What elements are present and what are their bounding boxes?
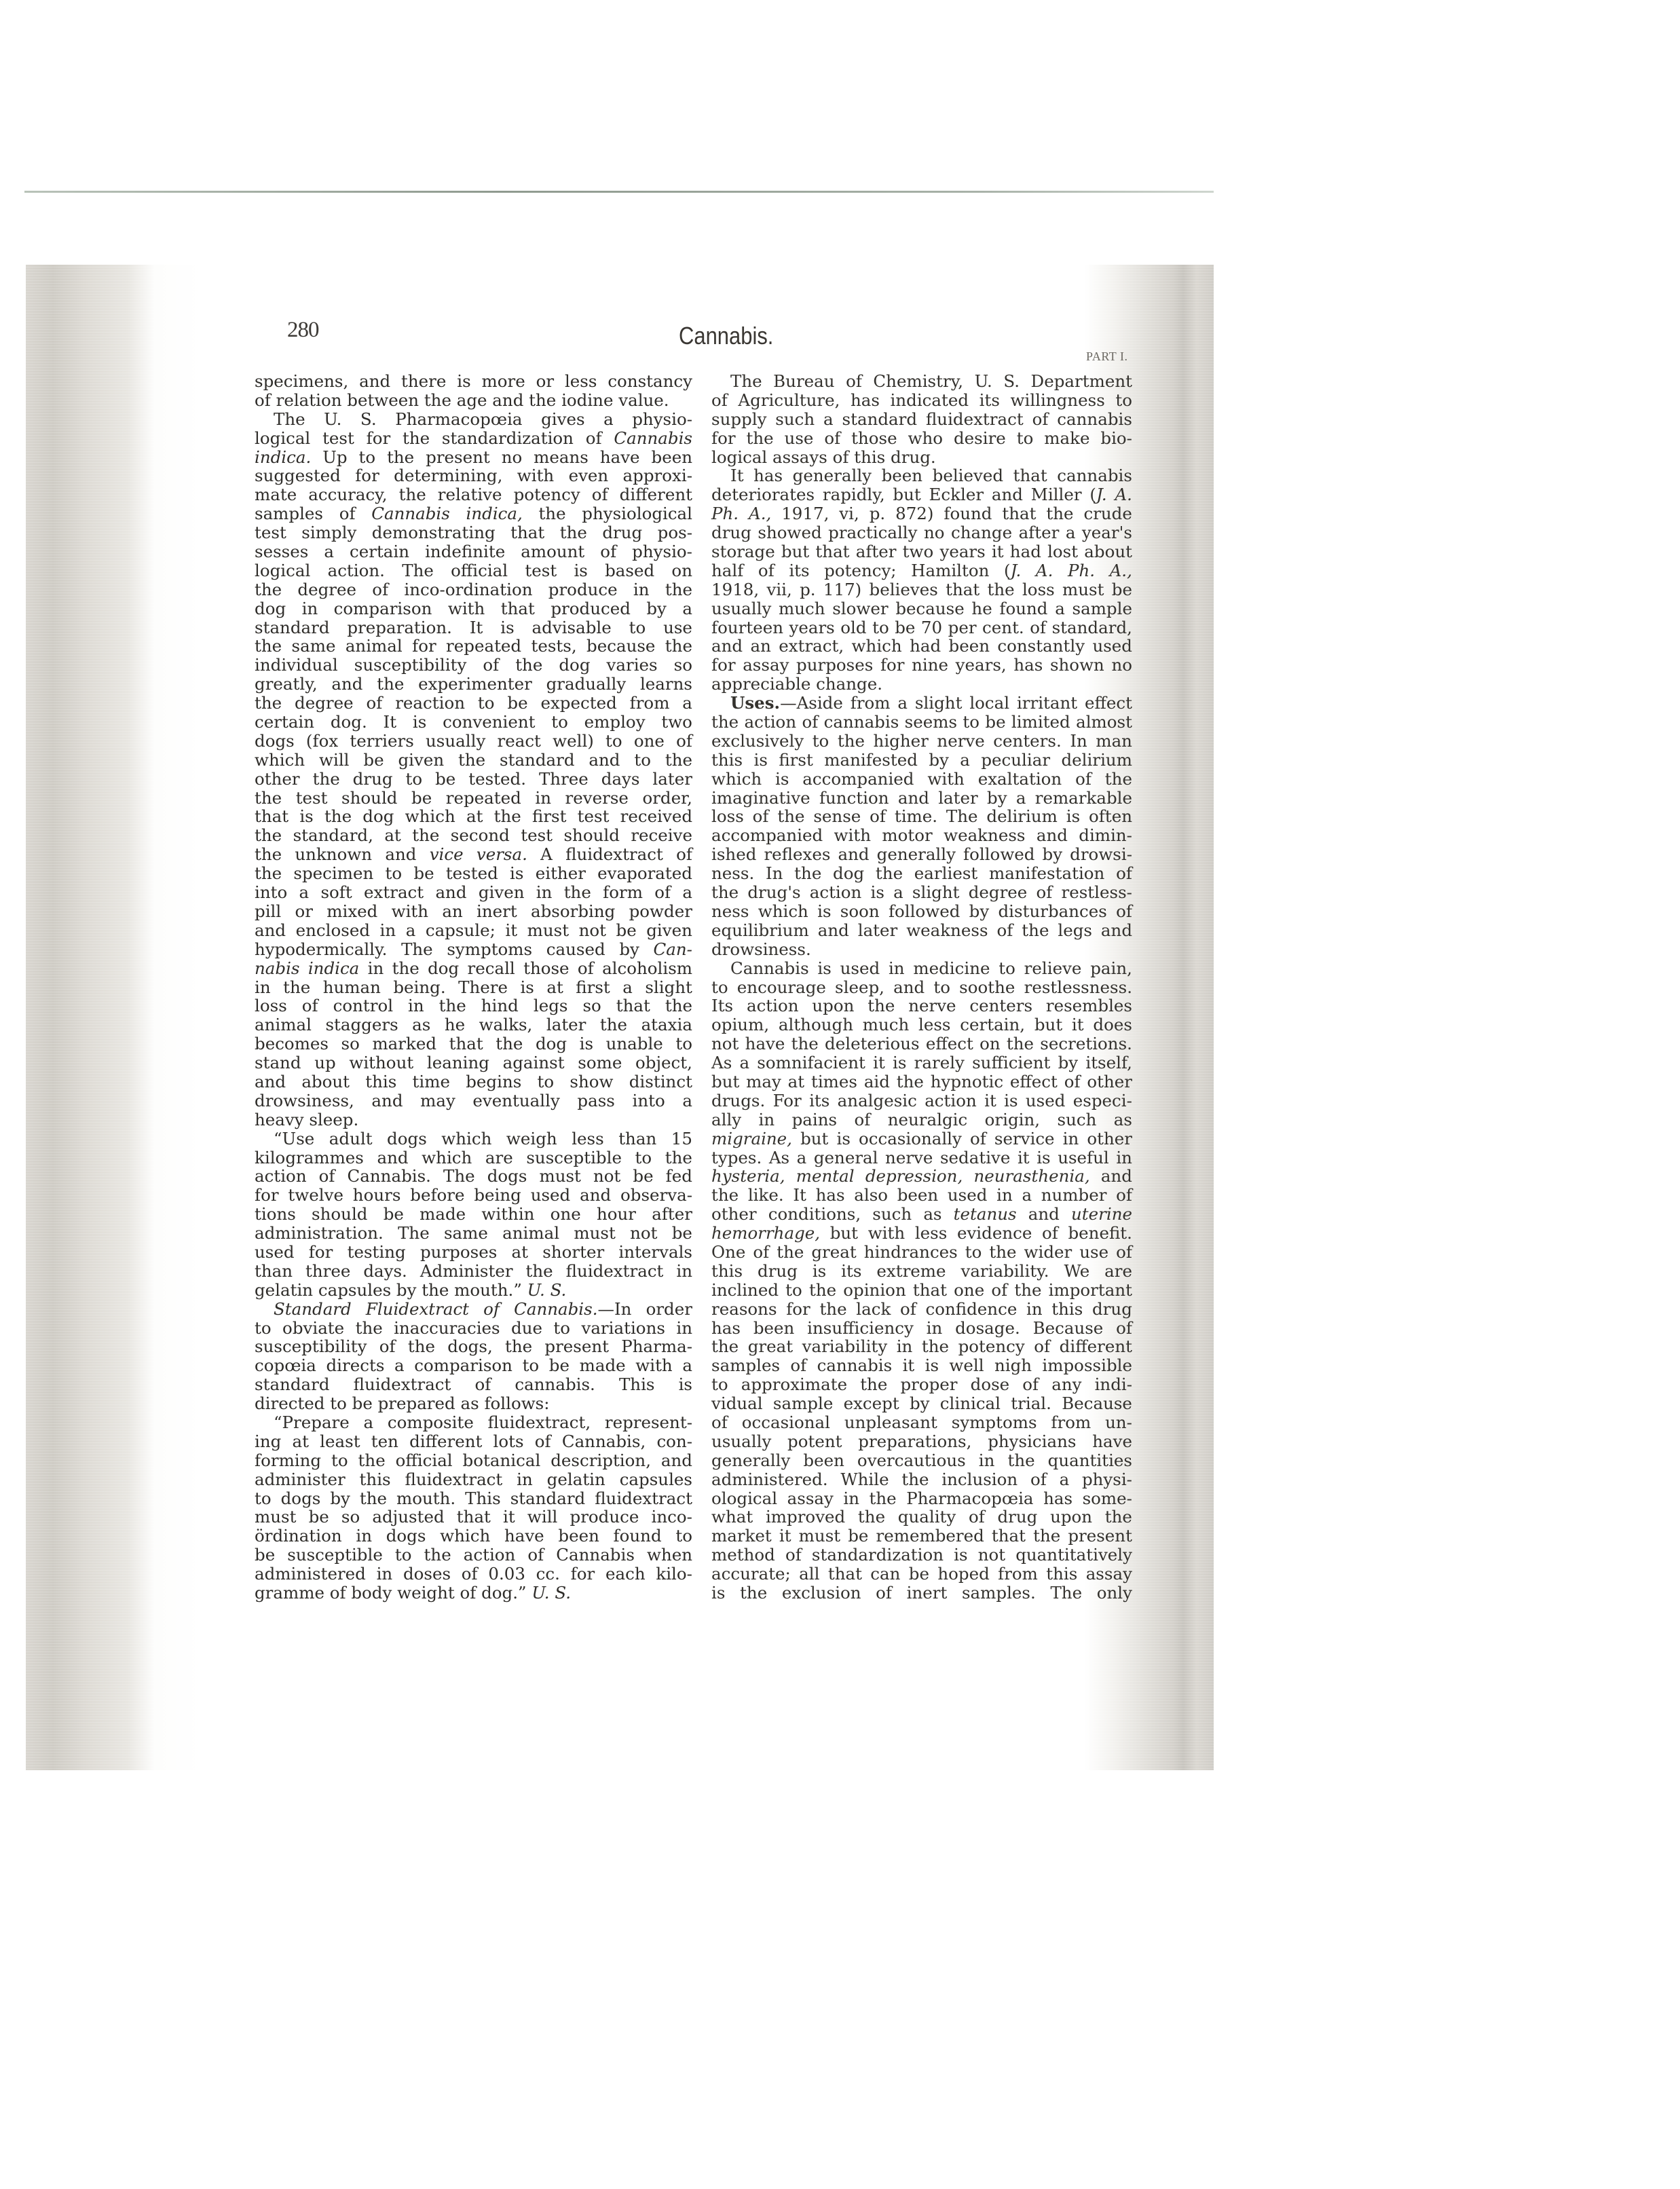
text-line: thedrug'sactionisaslightdegreeofrestless… <box>711 883 1132 902</box>
text-line: types.Asageneralnervesedativeitisusefuli… <box>711 1148 1132 1167</box>
text-line: samplesofcannabisitiswellnighimpossible <box>711 1356 1132 1375</box>
text-line: “Useadultdogswhichweighlessthan15 <box>255 1129 692 1148</box>
text-line: administerthisfluidextractingelatincapsu… <box>255 1470 692 1489</box>
text-line: directed to be prepared as follows: <box>255 1394 692 1413</box>
text-line: nabisindicainthedogrecallthoseofalcoholi… <box>255 959 692 978</box>
text-line: administration.Thesameanimalmustnotbe <box>255 1224 692 1243</box>
text-line: fortwelvehoursbeforebeingusedandobserva- <box>255 1186 692 1205</box>
text-line: hemorrhage,butwithlessevidenceofbenefit. <box>711 1224 1132 1243</box>
text-line: generallybeenovercautiousinthequantities <box>711 1451 1132 1470</box>
text-line: allyinpainsofneuralgicorigin,suchas <box>711 1110 1132 1129</box>
text-line: hypodermically.ThesymptomscausedbyCan- <box>255 940 692 959</box>
text-line: tionsshouldbemadewithinonehourafter <box>255 1205 692 1224</box>
text-line: supplysuchastandardfluidextractofcannabi… <box>711 410 1132 429</box>
text-line: andenclosedinacapsule;itmustnotbegiven <box>255 921 692 940</box>
text-line: samplesofCannabisindica,thephysiological <box>255 504 692 523</box>
text-line: Cannabisisusedinmedicinetorelievepain, <box>711 959 1132 978</box>
text-line: thisisfirstmanifestedbyapeculiardelirium <box>711 751 1132 770</box>
text-line: Ithasgenerallybeenbelievedthatcannabis <box>711 466 1132 485</box>
text-line: drugs.Foritsanalgesicactionitisusedespec… <box>711 1091 1132 1110</box>
text-line: ördinationindogswhichhavebeenfoundto <box>255 1527 692 1546</box>
text-line: hasbeeninsufficiencyindosage.Becauseof <box>711 1319 1132 1338</box>
text-line: halfofitspotency;Hamilton(J.A.Ph.A., <box>711 561 1132 580</box>
text-line: lossofcontrolinthehindlegssothatthe <box>255 996 692 1015</box>
text-line: opium,althoughmuchlesscertain,butitdoes <box>711 1015 1132 1034</box>
text-line: administeredindosesof0.03cc.foreachkilo- <box>255 1565 692 1584</box>
text-line: specimens,andthereismoreorlessconstancy <box>255 372 692 391</box>
text-line: becomessomarkedthatthedogisunableto <box>255 1034 692 1053</box>
text-line: animalstaggersashewalks,latertheataxia <box>255 1015 692 1034</box>
text-line: andaboutthistimebeginstoshowdistinct <box>255 1072 692 1091</box>
text-line: thetestshouldberepeatedinreverseorder, <box>255 789 692 808</box>
text-line: intoasoftextractandgivenintheformofa <box>255 883 692 902</box>
text-line: logicalaction.Theofficialtestisbasedon <box>255 561 692 580</box>
text-line: ness.Inthedogtheearliestmanifestationof <box>711 864 1132 883</box>
text-line: logicaltestforthestandardizationofCannab… <box>255 429 692 448</box>
text-line: drowsiness,andmayeventuallypassintoa <box>255 1091 692 1110</box>
text-line: methodofstandardizationisnotquantitative… <box>711 1546 1132 1565</box>
text-line: lossofthesenseoftime.Thedeliriumisoften <box>711 807 1132 826</box>
text-line: StandardFluidextractofCannabis.—Inorder <box>255 1300 692 1319</box>
page-number: 280 <box>287 318 319 343</box>
text-line: whichisaccompaniedwithexaltationofthe <box>711 770 1132 789</box>
text-line: gramme of body weight of dog.” U. S. <box>255 1584 692 1603</box>
text-line: drowsiness. <box>711 940 1132 959</box>
text-line: toobviatetheinaccuraciesduetovariationsi… <box>255 1319 692 1338</box>
text-line: istheexclusionofinertsamples.Theonly <box>711 1584 1132 1603</box>
text-line: accurate;allthatcanbehopedfromthisassay <box>711 1565 1132 1584</box>
text-line: Uses.—Asidefromaslightlocalirritanteffec… <box>711 694 1132 713</box>
text-line: inclinedtotheopinionthatoneoftheimportan… <box>711 1281 1132 1300</box>
text-line: toapproximatetheproperdoseofanyindi- <box>711 1375 1132 1394</box>
text-line: “Prepareacompositefluidextract,represent… <box>255 1413 692 1432</box>
text-line: theunknownandviceversa.Afluidextractof <box>255 845 692 864</box>
text-line: inthehumanbeing.Thereisatfirstaslight <box>255 978 692 997</box>
text-line: ologicalassayinthePharmacopœiahassome- <box>711 1489 1132 1508</box>
text-line: gelatin capsules by the mouth.” U. S. <box>255 1281 692 1300</box>
text-line: thesameanimalforrepeatedtests,becausethe <box>255 637 692 656</box>
text-line: mateaccuracy,therelativepotencyofdiffere… <box>255 485 692 504</box>
scanner-top-edge-line <box>24 191 1214 193</box>
text-line: Asasomnifacientitisrarelysufficientbyits… <box>711 1053 1132 1072</box>
text-line: testsimplydemonstratingthatthedrugpos- <box>255 523 692 542</box>
text-line: reasonsforthelackofconfidenceinthisdrug <box>711 1300 1132 1319</box>
text-line: forassaypurposesfornineyears,hasshownno <box>711 656 1132 675</box>
text-line: thedegreeofinco-ordinationproduceinthe <box>255 580 692 599</box>
text-line: thespecimentobetestediseitherevaporated <box>255 864 692 883</box>
text-line: thelike.Ithasalsobeenusedinanumberof <box>711 1186 1132 1205</box>
text-line: copœiadirectsacomparisontobemadewitha <box>255 1356 692 1375</box>
text-line: whichwillbegiventhestandardandtothe <box>255 751 692 770</box>
text-line: administered.Whiletheinclusionofaphysi- <box>711 1470 1132 1489</box>
text-line: kilogrammesandwhicharesusceptibletothe <box>255 1148 692 1167</box>
text-line: otherthedrugtobetested.Threedayslater <box>255 770 692 789</box>
text-line: dogs(foxterriersusuallyreactwell)tooneof <box>255 732 692 751</box>
text-line: indica.Uptothepresentnomeanshavebeen <box>255 448 692 467</box>
right-text-column: TheBureauofChemistry,U.S.DepartmentofAgr… <box>711 372 1132 1603</box>
text-line: sessesacertainindefiniteamountofphysio- <box>255 542 692 561</box>
text-line: suggestedfordetermining,withevenapproxi- <box>255 466 692 485</box>
text-line: otherconditions,suchastetanusanduterine <box>711 1205 1132 1224</box>
text-line: butmayattimesaidthehypnoticeffectofother <box>711 1072 1132 1091</box>
running-title: Cannabis. <box>679 322 773 350</box>
text-line: nothavethedeleteriouseffectonthesecretio… <box>711 1034 1132 1053</box>
text-line: Oneofthegreathindrancestothewideruseof <box>711 1243 1132 1262</box>
text-line: ingatleasttendifferentlotsofCannabis,con… <box>255 1432 692 1451</box>
text-line: migraine,butisoccasionallyofserviceinoth… <box>711 1129 1132 1148</box>
text-line: ofoccasionalunpleasantsymptomsfromun- <box>711 1413 1132 1432</box>
text-line: greatly,andtheexperimentergraduallylearn… <box>255 675 692 694</box>
text-line: Itsactionuponthenervecentersresembles <box>711 996 1132 1015</box>
text-line: deterioratesrapidly,butEcklerandMiller(J… <box>711 485 1132 504</box>
text-line: usuallymuchslowerbecausehefoundasample <box>711 599 1132 618</box>
text-line: nesswhichissoonfollowedbydisturbancesof <box>711 902 1132 921</box>
text-line: usuallypotentpreparations,physicianshave <box>711 1432 1132 1451</box>
text-line: certaindog.Itisconvenienttoemploytwo <box>255 713 692 732</box>
text-line: pillormixedwithaninertabsorbingpowder <box>255 902 692 921</box>
text-line: formingtotheofficialbotanicaldescription… <box>255 1451 692 1470</box>
text-line: dogincomparisonwiththatproducedbya <box>255 599 692 618</box>
text-line: thisdrugisitsextremevariability.Weare <box>711 1262 1132 1281</box>
text-line: standardfluidextractofcannabis.Thisis <box>255 1375 692 1394</box>
text-line: actionofCannabis.Thedogsmustnotbefed <box>255 1167 692 1186</box>
text-line: Ph.A.,1917,vi,p.872)foundthatthecrude <box>711 504 1132 523</box>
text-line: thedegreeofreactiontobeexpectedfroma <box>255 694 692 713</box>
text-line: TheU.S.Pharmacopœiagivesaphysio- <box>255 410 692 429</box>
text-line: whatimprovedthequalityofdruguponthe <box>711 1508 1132 1527</box>
text-line: marketitmustberememberedthatthepresent <box>711 1527 1132 1546</box>
text-line: exclusivelytothehighernervecenters.Inman <box>711 732 1132 751</box>
text-line: ofAgriculture,hasindicateditswillingness… <box>711 391 1132 410</box>
text-line: ishedreflexesandgenerallyfollowedbydrows… <box>711 845 1132 864</box>
text-line: logical assays of this drug. <box>711 448 1132 467</box>
text-line: of relation between the age and the iodi… <box>255 391 692 410</box>
text-line: storagebutthataftertwoyearsithadlostabou… <box>711 542 1132 561</box>
text-line: accompaniedwithmotorweaknessanddimin- <box>711 826 1132 845</box>
text-line: andanextract,whichhadbeenconstantlyused <box>711 637 1132 656</box>
text-line: thegreatvariabilityinthepotencyofdiffere… <box>711 1337 1132 1356</box>
text-line: usedfortestingpurposesatshorterintervals <box>255 1243 692 1262</box>
text-line: individualsusceptibilityofthedogvariesso <box>255 656 692 675</box>
text-line: toencouragesleep,andtosootherestlessness… <box>711 978 1132 997</box>
text-line: 1918,vii,p.117)believesthatthelossmustbe <box>711 580 1132 599</box>
text-line: imaginativefunctionandlaterbyaremarkable <box>711 789 1132 808</box>
text-line: TheBureauofChemistry,U.S.Department <box>711 372 1132 391</box>
text-line: appreciable change. <box>711 675 1132 694</box>
text-line: equilibriumandlaterweaknessofthelegsand <box>711 921 1132 940</box>
text-line: drugshowedpracticallynochangeafterayear'… <box>711 523 1132 542</box>
text-line: thatisthedogwhichatthefirsttestreceived <box>255 807 692 826</box>
text-line: vidualsampleexceptbyclinicaltrial.Becaus… <box>711 1394 1132 1413</box>
text-line: fortheuseofthosewhodesiretomakebio- <box>711 429 1132 448</box>
text-line: standupwithoutleaningagainstsomeobject, <box>255 1053 692 1072</box>
text-line: hysteria,mentaldepression,neurasthenia,a… <box>711 1167 1132 1186</box>
text-line: susceptibilityofthedogs,thepresentPharma… <box>255 1337 692 1356</box>
text-line: besusceptibletotheactionofCannabiswhen <box>255 1546 692 1565</box>
text-line: mustbesoadjustedthatitwillproduceinco- <box>255 1508 692 1527</box>
left-text-column: specimens,andthereismoreorlessconstancyo… <box>255 372 692 1603</box>
text-line: fourteenyearsoldtobe70percent.ofstandard… <box>711 618 1132 637</box>
text-line: theactionofcannabisseemstobelimitedalmos… <box>711 713 1132 732</box>
text-line: thanthreedays.Administerthefluidextracti… <box>255 1262 692 1281</box>
text-line: heavy sleep. <box>255 1110 692 1129</box>
text-line: todogsbythemouth.Thisstandardfluidextrac… <box>255 1489 692 1508</box>
text-line: thestandard,atthesecondtestshouldreceive <box>255 826 692 845</box>
part-label: PART I. <box>1086 350 1127 364</box>
text-line: standardpreparation.Itisadvisabletouse <box>255 618 692 637</box>
